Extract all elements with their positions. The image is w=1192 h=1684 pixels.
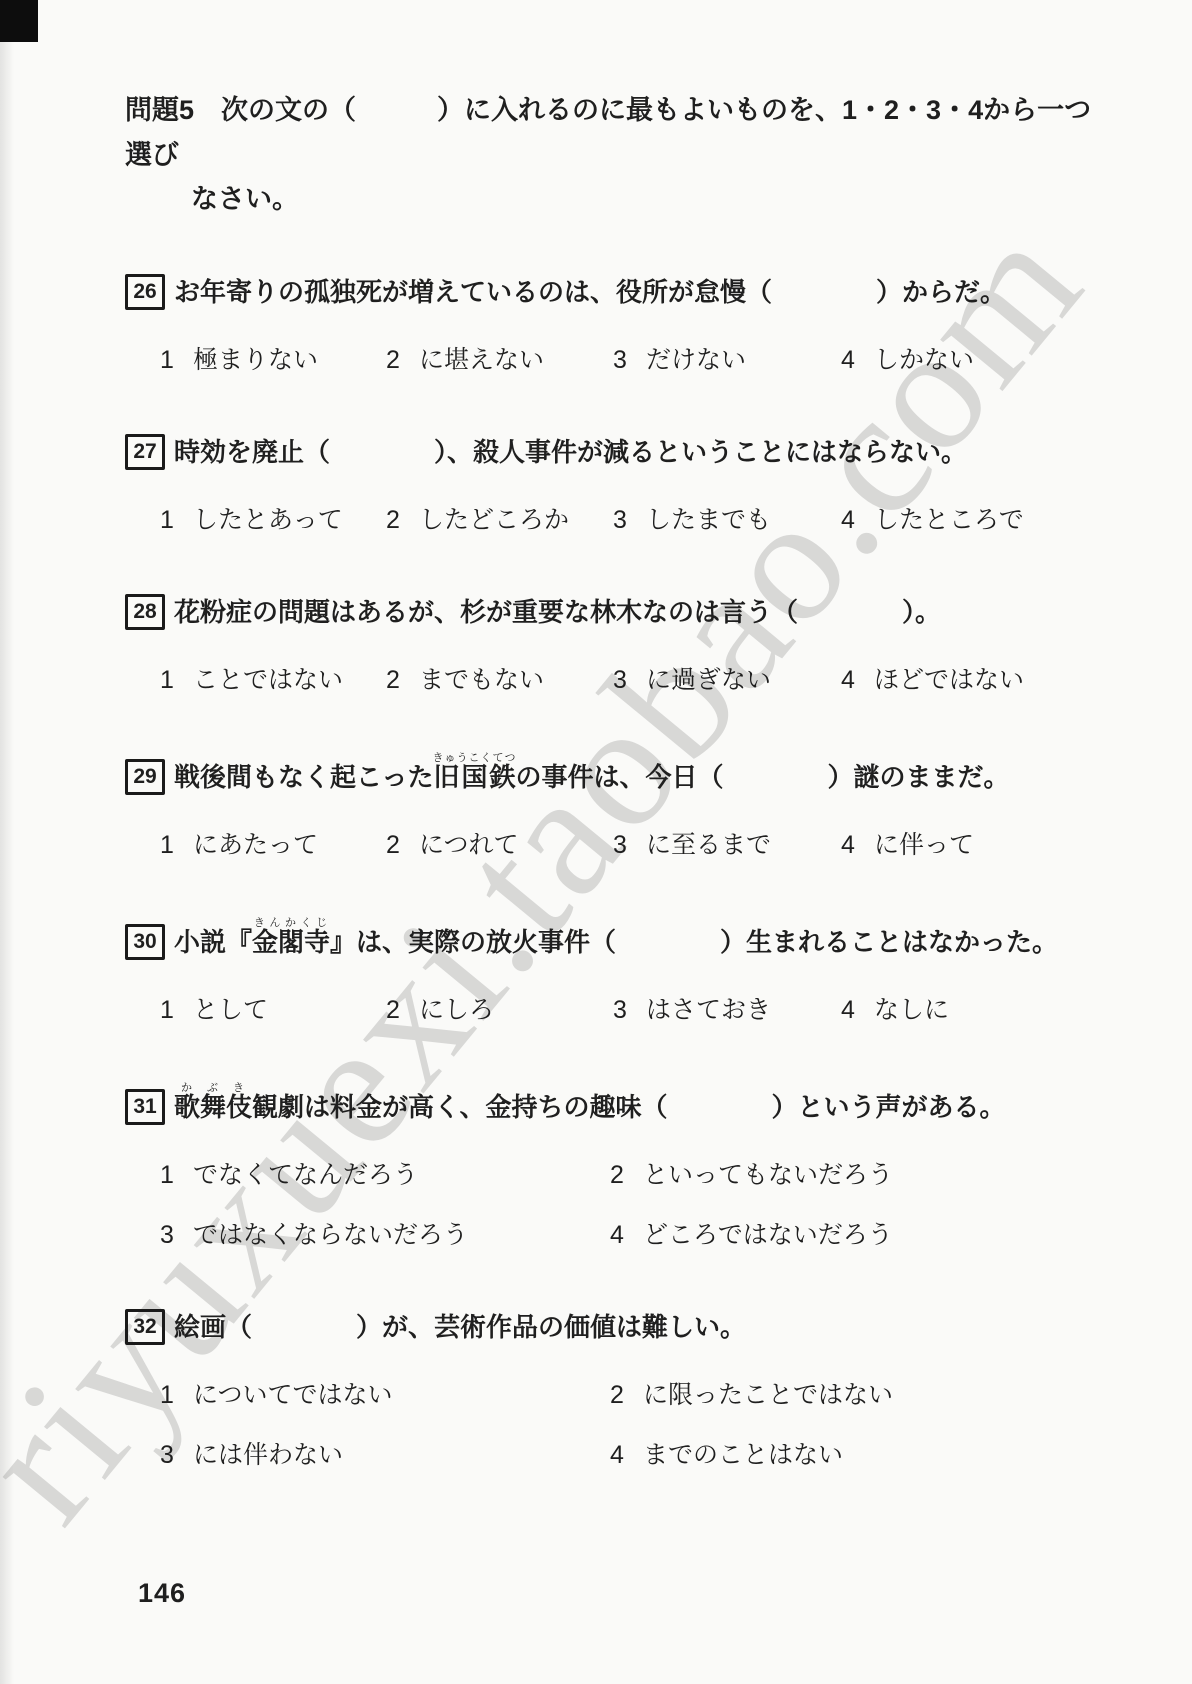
option-number: 3 (613, 662, 629, 698)
option-26-3: 3だけない (613, 342, 841, 378)
option-text: に過ぎない (646, 666, 771, 694)
question-text-29: 29戦後間もなく起こった旧国鉄きゅうこくてつの事件は、今日（ ）謎のままだ。 (125, 752, 1102, 797)
question-text-segment: 絵画（ ）が、芸術作品の価値は難しい。 (174, 1312, 746, 1342)
options-row-26: 1極まりない2に堪えない3だけない4しかない (125, 342, 1102, 378)
option-31-4: 4どころではないだろう (610, 1217, 1102, 1253)
option-32-2: 2に限ったことではない (610, 1377, 1102, 1413)
option-number: 3 (613, 992, 629, 1028)
section-instructions-line1: 問題5 次の文の（ ）に入れるのに最もよいものを、1・2・3・4から一つ選び (125, 88, 1102, 177)
scan-corner-artifact (0, 0, 38, 42)
option-28-2: 2までもない (386, 662, 613, 698)
option-27-1: 1したとあって (160, 502, 386, 538)
option-31-2: 2といってもないだろう (610, 1157, 1102, 1193)
option-number: 1 (160, 342, 176, 378)
question-number-badge: 30 (125, 924, 165, 960)
option-text: したところで (874, 506, 1024, 534)
question-text-31: 31歌舞伎かぶき観劇は料金が高く、金持ちの趣味（ ）という声がある。 (125, 1082, 1102, 1127)
option-31-1: 1でなくてなんだろう (160, 1157, 610, 1193)
option-28-4: 4ほどではない (841, 662, 1102, 698)
questions-list: 26お年寄りの孤独死が増えているのは、役所が怠慢（ ）からだ。1極まりない2に堪… (125, 272, 1102, 1473)
question-number-badge: 32 (125, 1309, 165, 1345)
section-header: 問題5 次の文の（ ）に入れるのに最もよいものを、1・2・3・4から一つ選び な… (125, 88, 1102, 222)
option-27-4: 4したところで (841, 502, 1102, 538)
option-number: 4 (841, 502, 857, 538)
option-28-3: 3に過ぎない (613, 662, 841, 698)
option-text: についてではない (193, 1381, 393, 1409)
option-text: だけない (646, 346, 746, 374)
option-27-2: 2したどころか (386, 502, 613, 538)
option-32-4: 4までのことはない (610, 1437, 1102, 1473)
question-number-badge: 29 (125, 759, 165, 795)
option-number: 1 (160, 827, 176, 863)
option-30-4: 4なしに (841, 992, 1102, 1028)
question-28: 28花粉症の問題はあるが、杉が重要な林木なのは言う（ ）。1ことではない2までも… (125, 592, 1102, 698)
option-text: に限ったことではない (643, 1381, 893, 1409)
option-text: ことではない (193, 666, 343, 694)
option-32-3: 3には伴わない (160, 1437, 610, 1473)
option-number: 2 (386, 502, 402, 538)
option-text: したとあって (193, 506, 343, 534)
options-row-28: 1ことではない2までもない3に過ぎない4ほどではない (125, 662, 1102, 698)
option-text: までのことはない (643, 1441, 843, 1469)
option-30-2: 2にしろ (386, 992, 613, 1028)
option-text: といってもないだろう (643, 1161, 893, 1189)
question-32: 32絵画（ ）が、芸術作品の価値は難しい。1についてではない2に限ったことではな… (125, 1307, 1102, 1473)
option-text: どころではないだろう (643, 1221, 893, 1249)
option-30-3: 3はさておき (613, 992, 841, 1028)
option-text: にあたって (193, 831, 318, 859)
question-text-segment: 戦後間もなく起こった (174, 762, 433, 792)
option-text: として (193, 996, 268, 1024)
option-text: に至るまで (646, 831, 771, 859)
option-text: ではなくならないだろう (193, 1221, 468, 1249)
question-26: 26お年寄りの孤独死が増えているのは、役所が怠慢（ ）からだ。1極まりない2に堪… (125, 272, 1102, 378)
option-26-4: 4しかない (841, 342, 1102, 378)
option-number: 4 (610, 1217, 626, 1253)
option-text: にしろ (419, 996, 494, 1024)
option-text: はさておき (646, 996, 771, 1024)
question-number-badge: 27 (125, 434, 165, 470)
option-number: 4 (841, 992, 857, 1028)
section-instructions-line2: なさい。 (191, 177, 1102, 222)
option-number: 4 (841, 342, 857, 378)
option-27-3: 3したまでも (613, 502, 841, 538)
option-number: 1 (160, 992, 176, 1028)
option-32-1: 1についてではない (160, 1377, 610, 1413)
option-29-2: 2につれて (386, 827, 613, 863)
scan-edge-shadow (0, 0, 14, 1684)
option-number: 2 (386, 662, 402, 698)
option-number: 2 (386, 827, 402, 863)
question-number-badge: 31 (125, 1089, 165, 1125)
page-content: 問題5 次の文の（ ）に入れるのに最もよいものを、1・2・3・4から一つ選び な… (0, 0, 1192, 1473)
document-page: riyuxuexi.taobao.com 問題5 次の文の（ ）に入れるのに最も… (0, 0, 1192, 1684)
question-text-segment: お年寄りの孤独死が増えているのは、役所が怠慢（ ）からだ。 (174, 277, 1006, 307)
option-text: しかない (874, 346, 974, 374)
question-text-32: 32絵画（ ）が、芸術作品の価値は難しい。 (125, 1307, 1102, 1347)
question-text-segment: 小説『 (174, 927, 252, 957)
question-29: 29戦後間もなく起こった旧国鉄きゅうこくてつの事件は、今日（ ）謎のままだ。1に… (125, 752, 1102, 863)
question-text-segment: 花粉症の問題はあるが、杉が重要な林木なのは言う（ ）。 (174, 597, 941, 627)
option-text: に堪えない (419, 346, 544, 374)
ruby-annotated-word: 金閣寺きんかくじ (252, 927, 330, 957)
option-text: したまでも (646, 506, 771, 534)
options-row-27: 1したとあって2したどころか3したまでも4したところで (125, 502, 1102, 538)
question-text-28: 28花粉症の問題はあるが、杉が重要な林木なのは言う（ ）。 (125, 592, 1102, 632)
question-27: 27時効を廃止（ ）、殺人事件が減るということにはならない。1したとあって2した… (125, 432, 1102, 538)
option-number: 3 (613, 502, 629, 538)
question-text-30: 30小説『金閣寺きんかくじ』は、実際の放火事件（ ）生まれることはなかった。 (125, 917, 1102, 962)
option-28-1: 1ことではない (160, 662, 386, 698)
question-number-badge: 28 (125, 594, 165, 630)
option-text: に伴って (874, 831, 974, 859)
option-text: には伴わない (193, 1441, 343, 1469)
options-row-32: 1についてではない2に限ったことではない3には伴わない4までのことはない (125, 1377, 1102, 1473)
option-text: ほどではない (874, 666, 1024, 694)
option-number: 4 (841, 662, 857, 698)
option-26-2: 2に堪えない (386, 342, 613, 378)
question-30: 30小説『金閣寺きんかくじ』は、実際の放火事件（ ）生まれることはなかった。1と… (125, 917, 1102, 1028)
option-29-4: 4に伴って (841, 827, 1102, 863)
option-number: 4 (841, 827, 857, 863)
option-text: につれて (419, 831, 519, 859)
question-number-badge: 26 (125, 274, 165, 310)
option-29-1: 1にあたって (160, 827, 386, 863)
question-text-segment: 時効を廃止（ ）、殺人事件が減るということにはならない。 (174, 437, 967, 467)
option-number: 1 (160, 502, 176, 538)
option-text: でなくてなんだろう (193, 1161, 418, 1189)
options-row-31: 1でなくてなんだろう2といってもないだろう3ではなくならないだろう4どころではな… (125, 1157, 1102, 1253)
option-number: 1 (160, 1377, 176, 1413)
options-row-29: 1にあたって2につれて3に至るまで4に伴って (125, 827, 1102, 863)
option-31-3: 3ではなくならないだろう (160, 1217, 610, 1253)
question-text-26: 26お年寄りの孤独死が増えているのは、役所が怠慢（ ）からだ。 (125, 272, 1102, 312)
option-number: 2 (610, 1157, 626, 1193)
option-30-1: 1として (160, 992, 386, 1028)
option-number: 1 (160, 662, 176, 698)
question-text-27: 27時効を廃止（ ）、殺人事件が減るということにはならない。 (125, 432, 1102, 472)
option-number: 3 (160, 1217, 176, 1253)
option-text: までもない (419, 666, 544, 694)
option-number: 2 (386, 342, 402, 378)
option-number: 2 (386, 992, 402, 1028)
question-text-segment: 』は、実際の放火事件（ ）生まれることはなかった。 (330, 927, 1058, 957)
option-number: 3 (613, 342, 629, 378)
ruby-annotated-word: 歌舞伎かぶき (174, 1092, 252, 1122)
options-row-30: 1として2にしろ3はさておき4なしに (125, 992, 1102, 1028)
option-number: 4 (610, 1437, 626, 1473)
page-number: 146 (138, 1578, 186, 1609)
ruby-annotated-word: 旧国鉄きゅうこくてつ (433, 762, 515, 792)
question-text-segment: の事件は、今日（ ）謎のままだ。 (516, 762, 1010, 792)
option-26-1: 1極まりない (160, 342, 386, 378)
option-text: なしに (874, 996, 949, 1024)
option-number: 3 (613, 827, 629, 863)
option-number: 1 (160, 1157, 176, 1193)
option-text: したどころか (419, 506, 569, 534)
question-31: 31歌舞伎かぶき観劇は料金が高く、金持ちの趣味（ ）という声がある。1でなくてな… (125, 1082, 1102, 1253)
option-number: 3 (160, 1437, 176, 1473)
option-text: 極まりない (193, 346, 318, 374)
question-text-segment: 観劇は料金が高く、金持ちの趣味（ ）という声がある。 (252, 1092, 1005, 1122)
option-number: 2 (610, 1377, 626, 1413)
option-29-3: 3に至るまで (613, 827, 841, 863)
